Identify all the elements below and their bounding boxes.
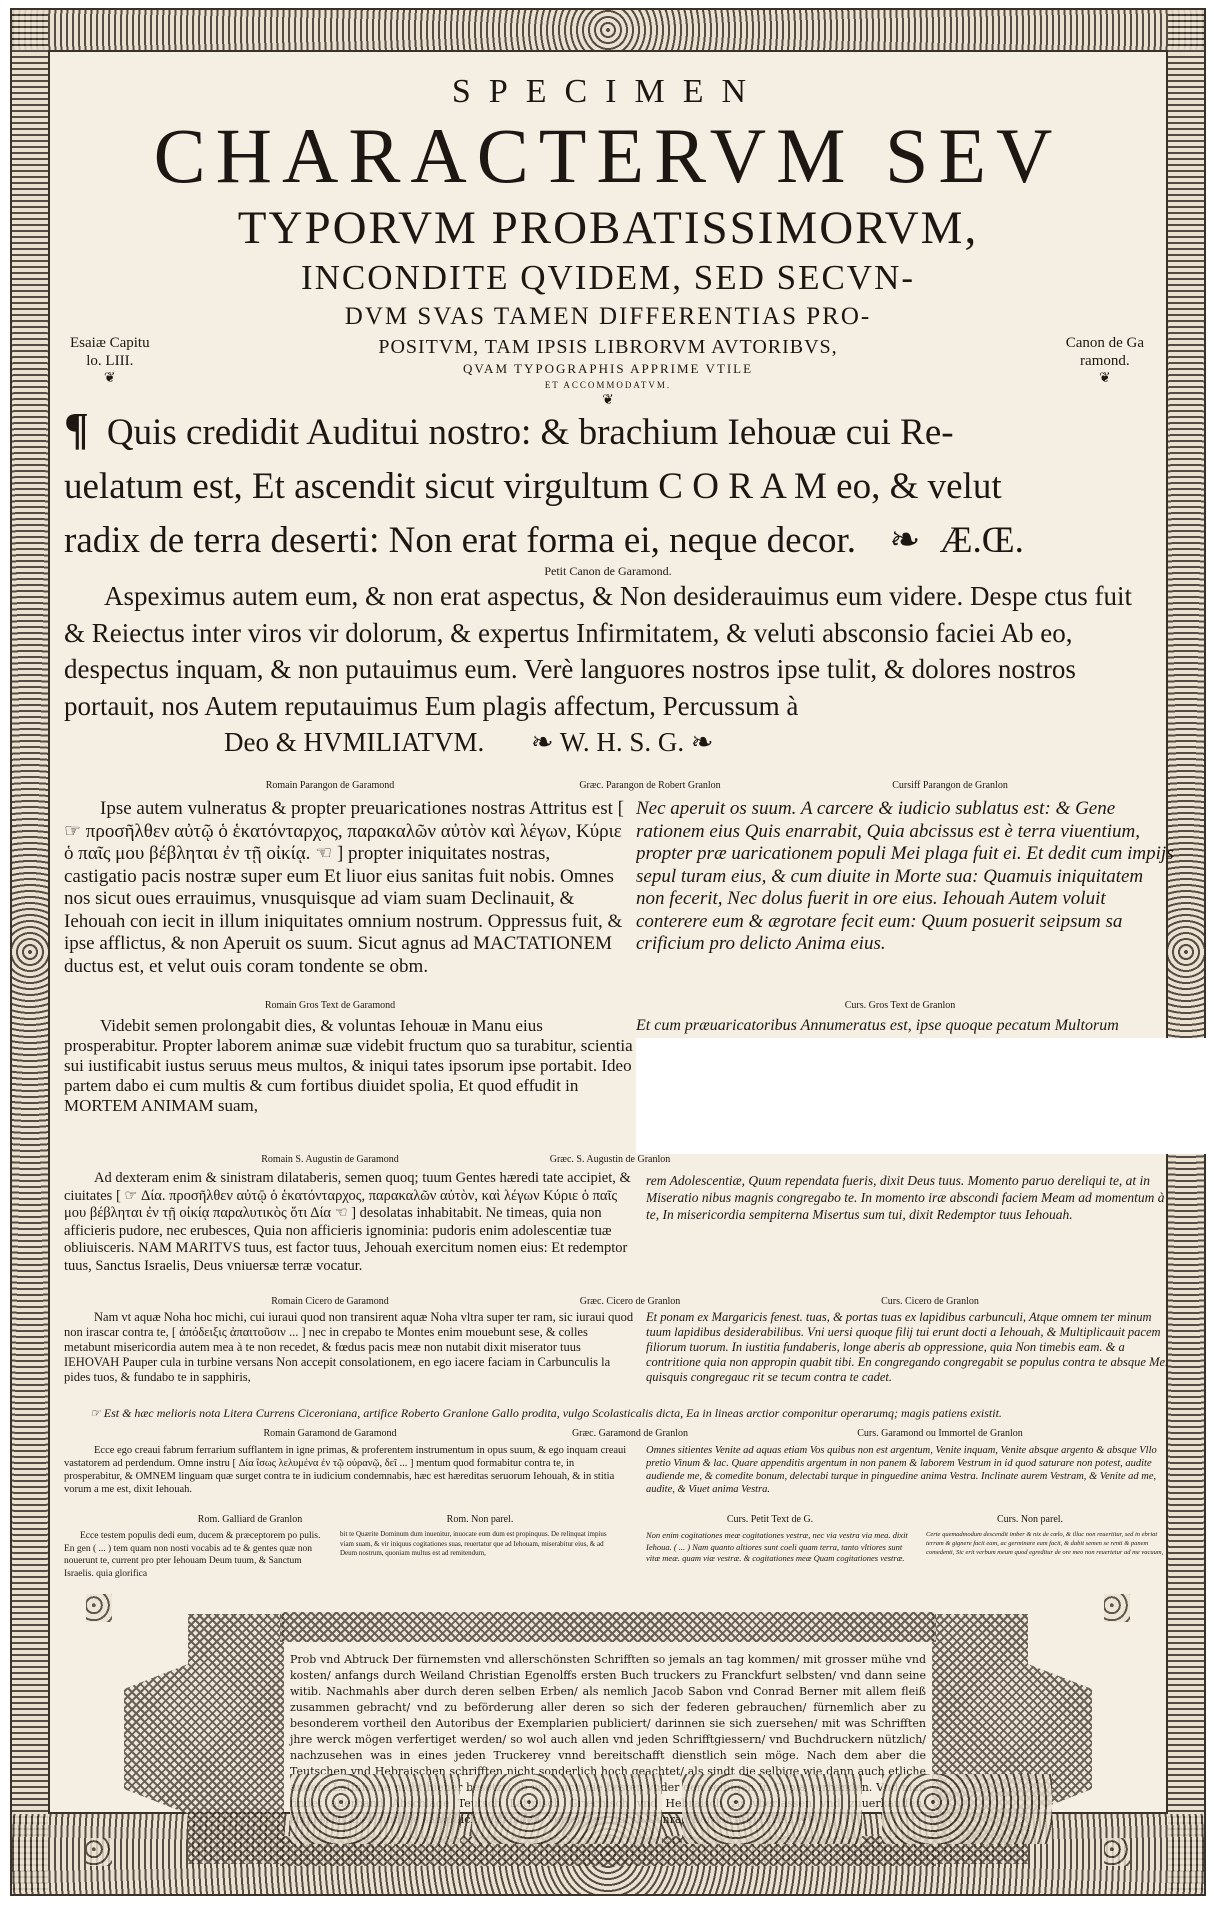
- top-arabesque-band: [280, 1612, 936, 1642]
- corner-ornament-top-right: [1104, 1594, 1130, 1622]
- label-romain-gros-text: Romain Gros Text de Garamond: [200, 1000, 460, 1011]
- ornament-specimen-3: [682, 1774, 862, 1844]
- label-rom-galliard: Rom. Galliard de Granlon: [150, 1514, 350, 1525]
- title-line-7: QVAM TYPOGRAPHIS APPRIME VTILE: [50, 360, 1166, 378]
- title-line-8: ET ACCOMMODATVM.: [50, 378, 1166, 392]
- label-romain-garamond: Romain Garamond de Garamond: [200, 1428, 460, 1439]
- fleuron-icon: ❦: [70, 370, 150, 388]
- side-note-right: Canon de Ga ramond. ❦: [1066, 334, 1144, 388]
- colophon-frame: Prob vnd Abtruck Der fürnemsten vnd alle…: [72, 1594, 1144, 1866]
- side-note-left: Esaiæ Capitu lo. LIII. ❦: [70, 334, 150, 388]
- label-cursiff-parangon: Cursiff Parangon de Granlon: [830, 780, 1070, 791]
- left-ornamental-border: [12, 10, 48, 1894]
- label-graec-augustin: Græc. S. Augustin de Granlon: [530, 1154, 690, 1165]
- curs-nonparel-text: Certe quemadmodum descendit imber & nix …: [926, 1530, 1176, 1582]
- curs-garamond-text: Omnes sitientes Venite ad aquas etiam Vo…: [646, 1444, 1176, 1506]
- title-block: SPECIMEN CHARACTERVM SEV TYPORVM PROBATI…: [50, 72, 1166, 409]
- torn-blank-patch: [636, 1038, 1214, 1154]
- rom-galliard-text: Ecce testem populis dedi eum, ducem & pr…: [64, 1530, 332, 1582]
- vine-leaf-icon: ❧: [889, 520, 920, 561]
- title-line-6: POSITVM, TAM IPSIS LIBRORVM AVTORIBVS,: [50, 334, 1166, 360]
- corner-ornament-bottom-right: [1104, 1838, 1130, 1866]
- petit-canon-specimen: Aspeximus autem eum, & non erat aspectus…: [64, 578, 1152, 761]
- petit-canon-label: Petit Canon de Garamond.: [50, 564, 1166, 579]
- label-romain-cicero: Romain Cicero de Garamond: [200, 1296, 460, 1307]
- title-line-2: CHARACTERVM SEV: [50, 112, 1166, 200]
- ornament-specimen-4: [882, 1774, 1052, 1844]
- side-note-left-line2: lo. LIII.: [70, 352, 150, 370]
- label-rom-nonparel: Rom. Non parel.: [380, 1514, 580, 1525]
- canon-line-3: radix de terra deserti: Non erat forma e…: [64, 520, 856, 561]
- title-line-3: TYPORVM PROBATISSIMORVM,: [50, 200, 1166, 256]
- label-romain-parangon: Romain Parangon de Garamond: [200, 780, 460, 791]
- label-curs-cicero: Curs. Cicero de Granlon: [810, 1296, 1050, 1307]
- label-curs-petit-text: Curs. Petit Text de G.: [670, 1514, 870, 1525]
- ornament-specimen-2: [472, 1774, 662, 1844]
- initials-whsg: ❧ W. H. S. G. ❧: [531, 727, 714, 757]
- fleuron-icon: ❦: [1066, 370, 1144, 388]
- side-note-right-line2: ramond.: [1066, 352, 1144, 370]
- romain-garamond-text: Ecce ego creaui fabrum ferrarium sufflan…: [64, 1444, 634, 1506]
- label-curs-nonparel: Curs. Non parel.: [930, 1514, 1130, 1525]
- corner-ornament-top-left: [86, 1594, 112, 1622]
- title-line-5: DVM SVAS TAMEN DIFFERENTIAS PRO-: [50, 300, 1166, 334]
- romain-parangon-text: Ipse autem vulneratus & propter preuaric…: [64, 798, 624, 984]
- romain-cicero-text: Nam vt aquæ Noha hoc michi, cui iuraui q…: [64, 1310, 634, 1404]
- scolasticalis-note: ☞ Est & hæc melioris nota Litera Currens…: [90, 1406, 1156, 1421]
- petit-canon-end: Deo & HVMILIATVM.: [224, 727, 484, 757]
- canon-line-1: Quis credidit Auditui nostro: & brachium…: [107, 412, 954, 453]
- label-graec-garamond: Græc. Garamond de Granlon: [530, 1428, 730, 1439]
- left-arabesque-cartouche: [124, 1614, 284, 1864]
- curs-gros-text: Et cum præuaricatoribus Annumeratus est,…: [636, 1016, 1176, 1038]
- label-curs-garamond: Curs. Garamond ou Immortel de Granlon: [790, 1428, 1090, 1439]
- content-frame: SPECIMEN CHARACTERVM SEV TYPORVM PROBATI…: [48, 50, 1168, 1814]
- ligature-sample: Æ.Œ.: [940, 520, 1024, 561]
- pilcrow-icon: ¶: [64, 403, 89, 454]
- ornament-specimen-1: [290, 1774, 460, 1844]
- side-note-left-line1: Esaiæ Capitu: [70, 334, 150, 352]
- petit-canon-text: Aspeximus autem eum, & non erat aspectus…: [64, 581, 1132, 721]
- label-graec-parangon: Græc. Parangon de Robert Granlon: [520, 780, 780, 791]
- label-curs-gros-text: Curs. Gros Text de Granlon: [770, 1000, 1030, 1011]
- label-graec-cicero: Græc. Cicero de Granlon: [530, 1296, 730, 1307]
- title-line-1: SPECIMEN: [50, 72, 1166, 112]
- romain-augustin-text: Ad dexteram enim & sinistram dilataberis…: [64, 1170, 634, 1290]
- side-note-right-line1: Canon de Ga: [1066, 334, 1144, 352]
- title-line-4: INCONDITE QVIDEM, SED SECVN-: [50, 256, 1166, 300]
- romain-gros-text: Videbit semen prolongabit dies, & volunt…: [64, 1016, 634, 1116]
- label-romain-augustin: Romain S. Augustin de Garamond: [200, 1154, 460, 1165]
- rom-nonparel-text: bit te Quærite Dominum dum inuenitur, in…: [340, 1530, 612, 1582]
- specimen-sheet: SPECIMEN CHARACTERVM SEV TYPORVM PROBATI…: [10, 8, 1206, 1896]
- cursiff-parangon-text: Nec aperuit os suum. A carcere & iudicio…: [636, 798, 1176, 984]
- top-ornamental-border: [12, 10, 1204, 50]
- canon-specimen: ¶Quis credidit Auditui nostro: & brachiu…: [64, 402, 1152, 568]
- curs-cicero-text: Et ponam ex Margaricis fenest. tuas, & p…: [646, 1310, 1176, 1404]
- corner-ornament-bottom-left: [86, 1838, 112, 1866]
- curs-petit-text: Non enim cogitationes meæ cogitationes v…: [646, 1530, 916, 1582]
- canon-line-2: uelatum est, Et ascendit sicut virgultum…: [64, 460, 1152, 514]
- curs-augustin-text: rem Adolescentiæ, Quum rependata fueris,…: [646, 1172, 1176, 1282]
